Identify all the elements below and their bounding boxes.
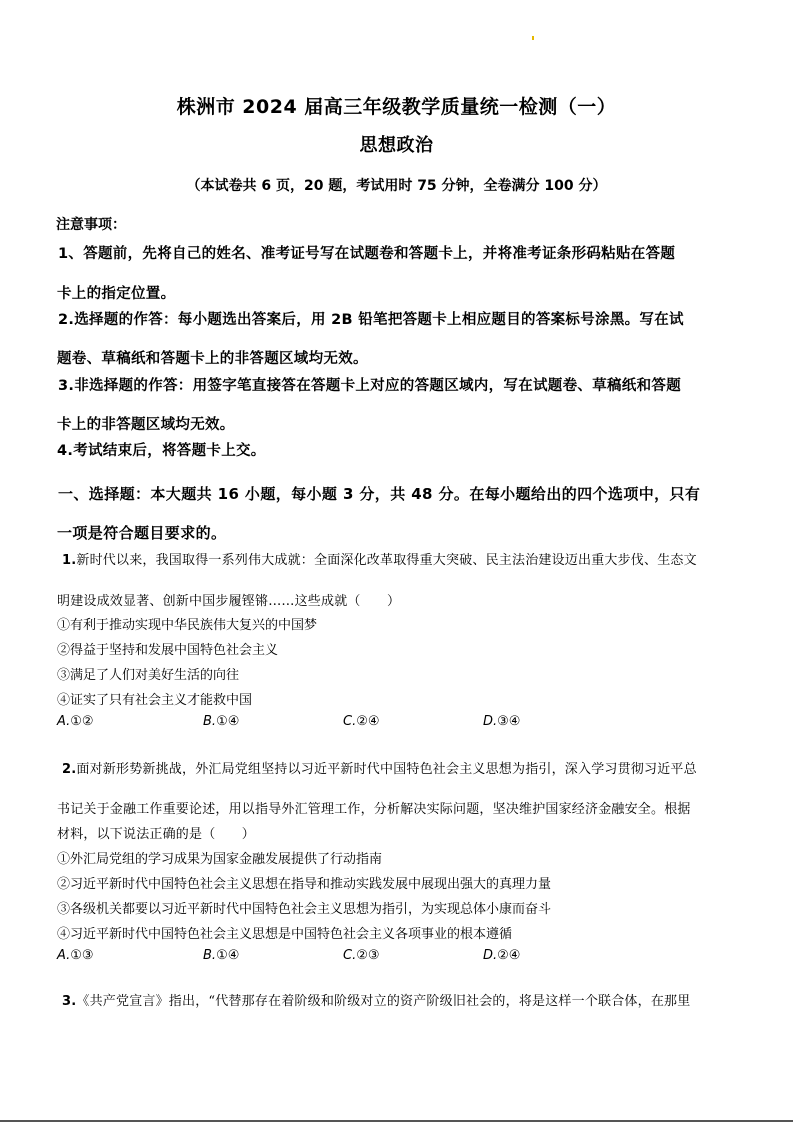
section-1-heading-line1: 一、选择题：本大题共 16 小题，每小题 3 分，共 48 分。在每小题给出的四… — [58, 483, 700, 504]
note-3-line2: 卡上的非答题区域均无效。 — [57, 413, 235, 434]
question-1-stem-line2: 明建设成效显著、创新中国步履铿锵……这些成就（ ） — [57, 590, 400, 609]
subject-title: 思想政治 — [0, 131, 793, 157]
question-1-option-2: ②得益于坚持和发展中国特色社会主义 — [57, 639, 278, 658]
question-2-option-1: ①外汇局党组的学习成果为国家金融发展提供了行动指南 — [57, 848, 382, 867]
question-1-choice-d[interactable]: D.③④ — [483, 714, 520, 729]
note-3-line1: 3.非选择题的作答：用签字笔直接答在答题卡上对应的答题区域内，写在试题卷、草稿纸… — [58, 374, 681, 395]
section-1-heading-line2: 一项是符合题目要求的。 — [57, 522, 226, 543]
note-4: 4.考试结束后，将答题卡上交。 — [57, 439, 266, 460]
question-2-option-2: ②习近平新时代中国特色社会主义思想在指导和推动实践发展中展现出强大的真理力量 — [57, 873, 551, 892]
exam-info: （本试卷共 6 页，20 题，考试用时 75 分钟，全卷满分 100 分） — [0, 175, 793, 195]
question-2-choice-c[interactable]: C.②③ — [343, 948, 380, 963]
question-2-stem-line2: 书记关于金融工作重要论述，用以指导外汇管理工作，分析解决实际问题，坚决维护国家经… — [57, 798, 691, 817]
note-1-line1: 1、答题前，先将自己的姓名、准考证号写在试题卷和答题卡上，并将准考证条形码粘贴在… — [58, 242, 675, 263]
question-1-choice-a[interactable]: A.①② — [57, 714, 94, 729]
question-2-choice-d[interactable]: D.②④ — [483, 948, 520, 963]
marker-dot — [532, 36, 534, 40]
question-2-option-3: ③各级机关都要以习近平新时代中国特色社会主义思想为指引，为实现总体小康而奋斗 — [57, 898, 551, 917]
question-number: 3. — [62, 994, 76, 1009]
question-1-choice-b[interactable]: B.①④ — [203, 714, 239, 729]
note-2-line1: 2.选择题的作答：每小题选出答案后，用 2B 铅笔把答题卡上相应题目的答案标号涂… — [58, 308, 684, 329]
question-number: 1. — [62, 553, 76, 568]
question-1-stem-line1: 1.新时代以来，我国取得一系列伟大成就：全面深化改革取得重大突破、民主法治建设迈… — [62, 549, 697, 568]
question-1-choice-c[interactable]: C.②④ — [343, 714, 380, 729]
question-1-option-4: ④证实了只有社会主义才能救中国 — [57, 689, 252, 708]
question-number: 2. — [62, 762, 76, 777]
question-2-choice-b[interactable]: B.①④ — [203, 948, 239, 963]
notes-heading: 注意事项： — [56, 214, 126, 234]
note-1-line2: 卡上的指定位置。 — [57, 282, 175, 303]
question-2-choice-a[interactable]: A.①③ — [57, 948, 94, 963]
question-2-stem-line1: 2.面对新形势新挑战，外汇局党组坚持以习近平新时代中国特色社会主义思想为指引，深… — [62, 758, 697, 777]
question-2-option-4: ④习近平新时代中国特色社会主义思想是中国特色社会主义各项事业的根本遵循 — [57, 923, 512, 942]
question-3-stem-line1: 3.《共产党宣言》指出，“代替那存在着阶级和阶级对立的资产阶级旧社会的，将是这样… — [62, 990, 690, 1009]
question-1-option-3: ③满足了人们对美好生活的向往 — [57, 664, 239, 683]
note-2-line2: 题卷、草稿纸和答题卡上的非答题区域均无效。 — [57, 347, 368, 368]
question-1-option-1: ①有利于推动实现中华民族伟大复兴的中国梦 — [57, 614, 317, 633]
exam-title: 株洲市 2024 届高三年级教学质量统一检测（一） — [0, 92, 793, 119]
question-2-stem-line3: 材料，以下说法正确的是（ ） — [57, 823, 255, 842]
